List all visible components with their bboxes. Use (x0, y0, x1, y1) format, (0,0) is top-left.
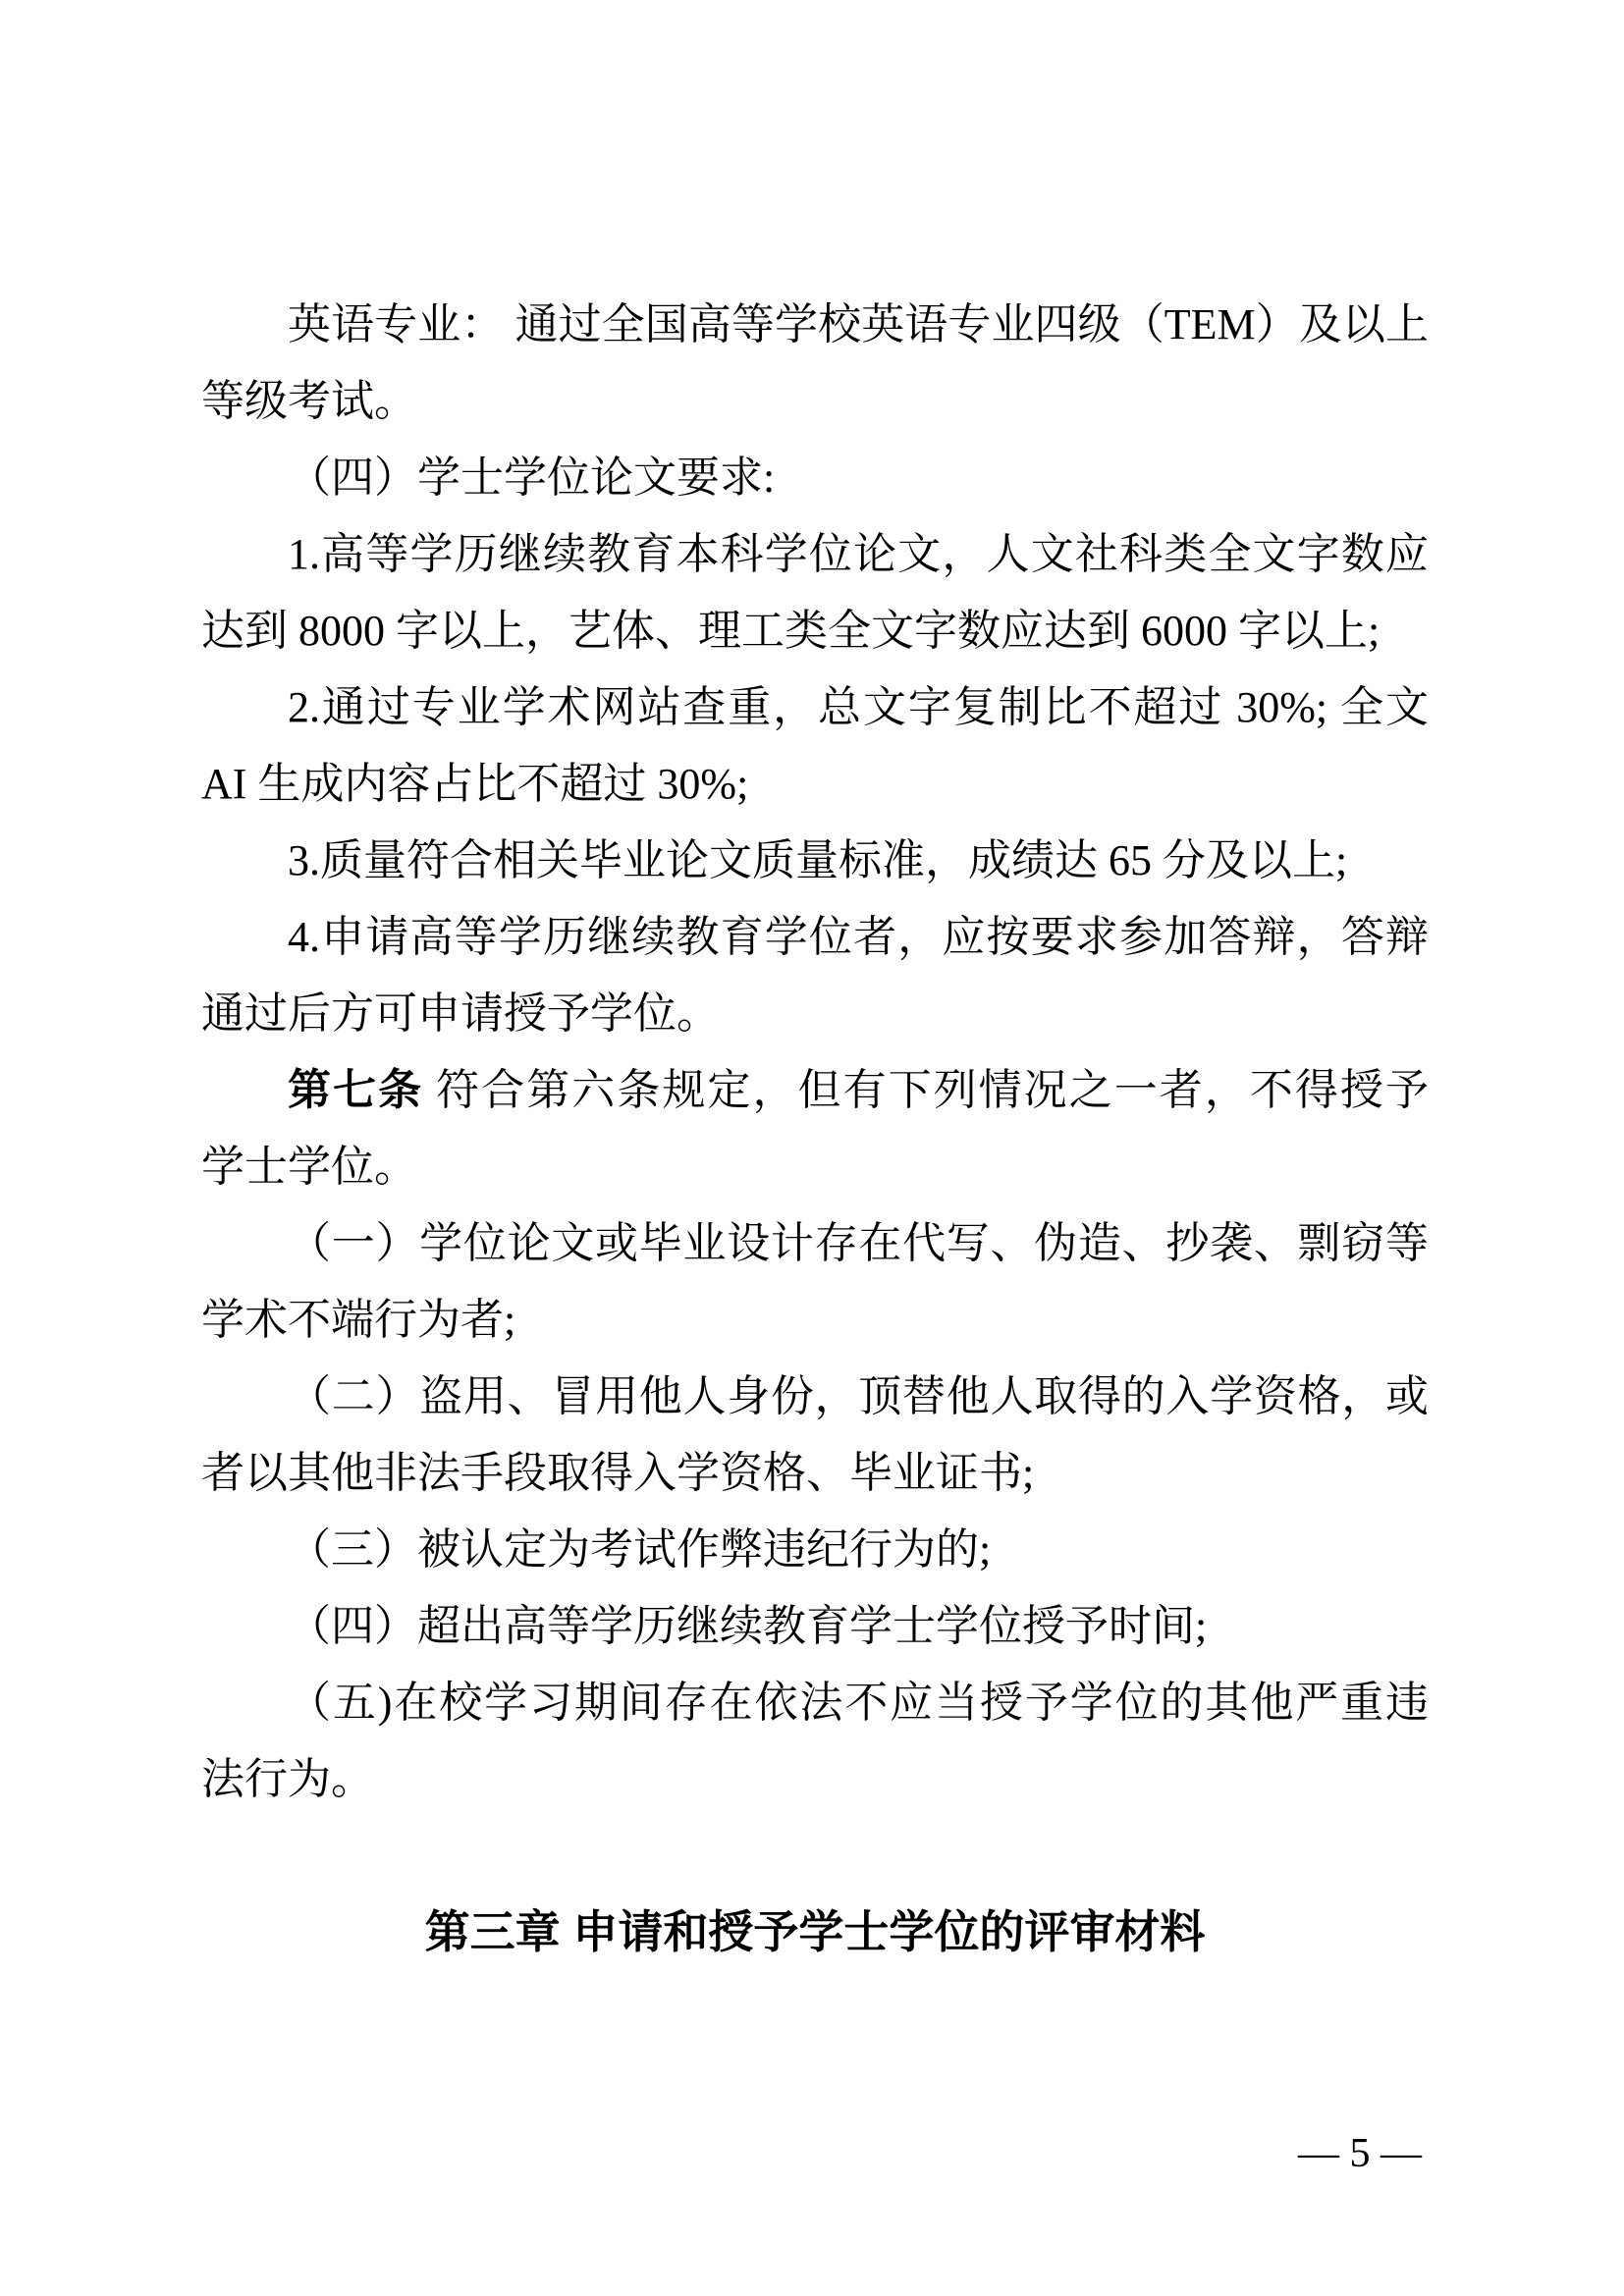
paragraph: 1.高等学历继续教育本科学位论文，人文社科类全文字数应达到 8000 字以上，艺… (201, 516, 1429, 669)
document-page: 英语专业： 通过全国高等学校英语专业四级（TEM）及以上等级考试。（四）学士学位… (0, 0, 1624, 2296)
paragraph: 英语专业： 通过全国高等学校英语专业四级（TEM）及以上等级考试。 (201, 287, 1429, 440)
page-number: — 5 — (1298, 2132, 1422, 2175)
text-line: 者以其他非法手段取得入学资格、毕业证书; (201, 1435, 1429, 1512)
paragraph: （二）盗用、冒用他人身份，顶替他人取得的入学资格，或者以其他非法手段取得入学资格… (201, 1359, 1429, 1512)
text-line: 第七条 符合第六条规定，但有下列情况之一者，不得授予 (201, 1052, 1429, 1129)
text-line: （四）超出高等学历继续教育学士学位授予时间; (201, 1588, 1429, 1665)
paragraph: 第七条 符合第六条规定，但有下列情况之一者，不得授予学士学位。 (201, 1052, 1429, 1205)
text-line: （三）被认定为考试作弊违纪行为的; (201, 1512, 1429, 1588)
paragraph: 4.申请高等学历继续教育学位者，应按要求参加答辩，答辩通过后方可申请授予学位。 (201, 899, 1429, 1052)
text-line: 通过后方可申请授予学位。 (201, 976, 1429, 1052)
paragraph: 2.通过专业学术网站查重，总文字复制比不超过 30%; 全文AI 生成内容占比不… (201, 669, 1429, 823)
paragraph: （五)在校学习期间存在依法不应当授予学位的其他严重违法行为。 (201, 1665, 1429, 1818)
document-body: 英语专业： 通过全国高等学校英语专业四级（TEM）及以上等级考试。（四）学士学位… (201, 287, 1429, 1818)
paragraph: （三）被认定为考试作弊违纪行为的; (201, 1512, 1429, 1588)
paragraph: （四）超出高等学历继续教育学士学位授予时间; (201, 1588, 1429, 1665)
chapter-heading: 第三章 申请和授予学士学位的评审材料 (201, 1894, 1429, 1970)
text-line: （二）盗用、冒用他人身份，顶替他人取得的入学资格，或 (201, 1359, 1429, 1435)
paragraph: 3.质量符合相关毕业论文质量标准，成绩达 65 分及以上; (201, 823, 1429, 899)
text-line: 3.质量符合相关毕业论文质量标准，成绩达 65 分及以上; (201, 823, 1429, 899)
text-line: （四）学士学位论文要求: (201, 440, 1429, 516)
text-line: （五)在校学习期间存在依法不应当授予学位的其他严重违 (201, 1665, 1429, 1741)
text-line: 4.申请高等学历继续教育学位者，应按要求参加答辩，答辩 (201, 899, 1429, 976)
article-number-bold: 第七条 (288, 1066, 423, 1114)
paragraph: （一）学位论文或毕业设计存在代写、伪造、抄袭、剽窃等学术不端行为者; (201, 1205, 1429, 1359)
text-line: 学术不端行为者; (201, 1282, 1429, 1359)
text-line: AI 生成内容占比不超过 30%; (201, 746, 1429, 823)
text-line: （一）学位论文或毕业设计存在代写、伪造、抄袭、剽窃等 (201, 1205, 1429, 1282)
text-line: 2.通过专业学术网站查重，总文字复制比不超过 30%; 全文 (201, 669, 1429, 746)
text-line: 达到 8000 字以上，艺体、理工类全文字数应达到 6000 字以上; (201, 593, 1429, 669)
text-line: 英语专业： 通过全国高等学校英语专业四级（TEM）及以上 (201, 287, 1429, 363)
paragraph: （四）学士学位论文要求: (201, 440, 1429, 516)
text-line: 学士学位。 (201, 1129, 1429, 1205)
text-line: 法行为。 (201, 1741, 1429, 1818)
text-line: 1.高等学历继续教育本科学位论文，人文社科类全文字数应 (201, 516, 1429, 593)
text-line: 等级考试。 (201, 363, 1429, 440)
